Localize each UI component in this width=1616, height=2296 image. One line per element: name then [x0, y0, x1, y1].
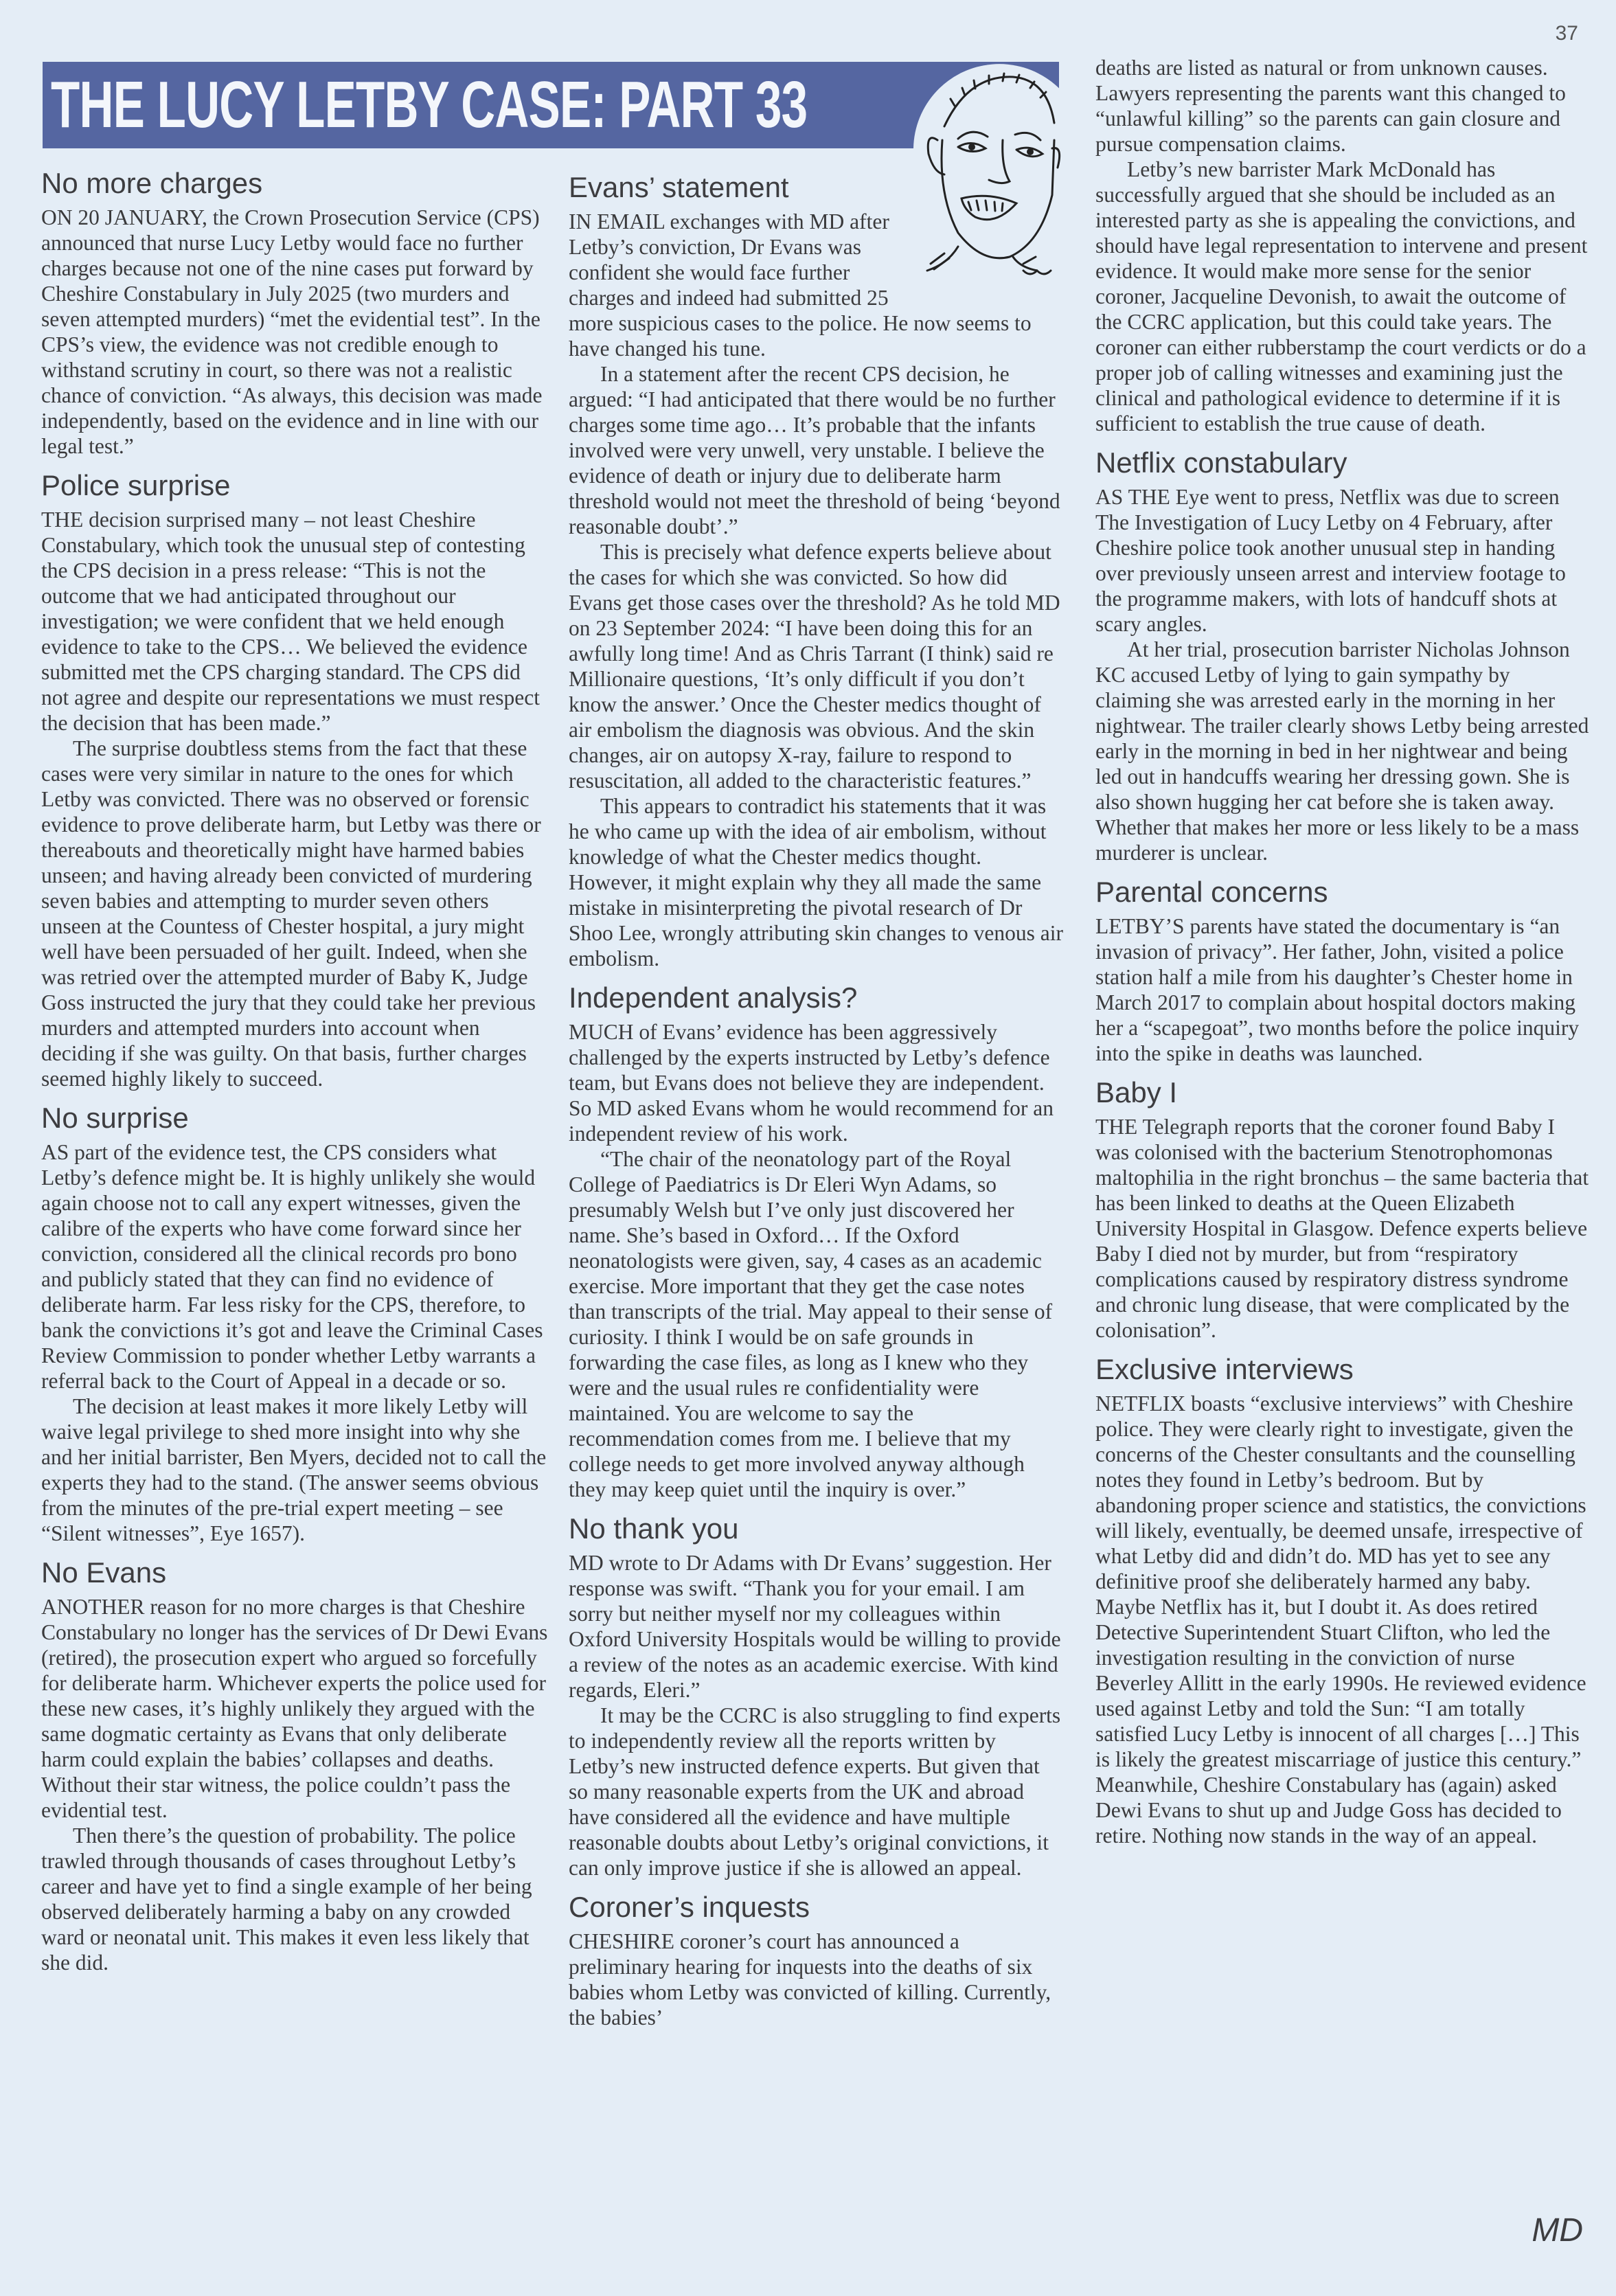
section-heading: Exclusive interviews — [1095, 1352, 1590, 1387]
section-police-surprise: Police surprise THE decision surprised m… — [41, 468, 553, 1091]
column-2: Evans’ statement IN EMAIL exchanges with… — [569, 170, 1063, 2040]
paragraph: Then there’s the question of probability… — [41, 1823, 553, 1975]
section-baby-i: Baby I THE Telegraph reports that the co… — [1095, 1076, 1590, 1343]
paragraph: “The chair of the neonatology part of th… — [569, 1146, 1063, 1502]
section-heading: Coroner’s inquests — [569, 1890, 1063, 1924]
paragraph: It may be the CCRC is also struggling to… — [569, 1703, 1063, 1880]
section-evans-statement: Evans’ statement IN EMAIL exchanges with… — [569, 170, 1063, 971]
paragraph: deaths are listed as natural or from unk… — [1095, 55, 1590, 157]
paragraph: MUCH of Evans’ evidence has been aggress… — [569, 1019, 1063, 1146]
section-no-more-charges: No more charges ON 20 JANUARY, the Crown… — [41, 166, 553, 459]
author-signoff: MD — [1532, 2212, 1583, 2249]
paragraph: The decision at least makes it more like… — [41, 1394, 553, 1546]
paragraph: This appears to contradict his statement… — [569, 793, 1063, 971]
illustration-wrap-space — [919, 170, 1063, 287]
paragraph: ANOTHER reason for no more charges is th… — [41, 1594, 553, 1823]
paragraph: In a statement after the recent CPS deci… — [569, 361, 1063, 539]
paragraph: THE Telegraph reports that the coroner f… — [1095, 1114, 1590, 1343]
paragraph: MD wrote to Dr Adams with Dr Evans’ sugg… — [569, 1550, 1063, 1703]
section-parental-concerns: Parental concerns LETBY’S parents have s… — [1095, 875, 1590, 1066]
page-number: 37 — [1556, 22, 1578, 45]
section-heading: Baby I — [1095, 1076, 1590, 1110]
section-heading: No surprise — [41, 1101, 553, 1135]
section-heading: No Evans — [41, 1556, 553, 1590]
section-exclusive-interviews: Exclusive interviews NETFLIX boasts “exc… — [1095, 1352, 1590, 1848]
paragraph: Letby’s new barrister Mark McDonald has … — [1095, 157, 1590, 436]
section-coroners-inquests-continued: deaths are listed as natural or from unk… — [1095, 55, 1590, 436]
section-heading: Parental concerns — [1095, 875, 1590, 909]
section-heading: Independent analysis? — [569, 981, 1063, 1015]
section-heading: Netflix constabulary — [1095, 446, 1590, 480]
section-no-evans: No Evans ANOTHER reason for no more char… — [41, 1556, 553, 1975]
paragraph: AS THE Eye went to press, Netflix was du… — [1095, 484, 1590, 637]
paragraph: THE decision surprised many – not least … — [41, 507, 553, 736]
paragraph: CHESHIRE coroner’s court has announced a… — [569, 1929, 1063, 2030]
section-independent-analysis: Independent analysis? MUCH of Evans’ evi… — [569, 981, 1063, 1502]
paragraph: This is precisely what defence experts b… — [569, 539, 1063, 793]
paragraph: The surprise doubtless stems from the fa… — [41, 736, 553, 1091]
section-heading: Police surprise — [41, 468, 553, 503]
paragraph: At her trial, prosecution barrister Nich… — [1095, 637, 1590, 865]
paragraph: AS part of the evidence test, the CPS co… — [41, 1139, 553, 1394]
section-heading: No more charges — [41, 166, 553, 201]
section-no-thank-you: No thank you MD wrote to Dr Adams with D… — [569, 1512, 1063, 1880]
paragraph: ON 20 JANUARY, the Crown Prosecution Ser… — [41, 205, 553, 459]
section-heading: No thank you — [569, 1512, 1063, 1546]
column-3: deaths are listed as natural or from unk… — [1095, 55, 1590, 1858]
paragraph: LETBY’S parents have stated the document… — [1095, 913, 1590, 1066]
article-title: THE LUCY LETBY CASE: PART 33 — [51, 62, 807, 148]
section-coroners-inquests: Coroner’s inquests CHESHIRE coroner’s co… — [569, 1890, 1063, 2030]
column-1: No more charges ON 20 JANUARY, the Crown… — [41, 166, 553, 1985]
paragraph: NETFLIX boasts “exclusive interviews” wi… — [1095, 1391, 1590, 1848]
section-netflix-constabulary: Netflix constabulary AS THE Eye went to … — [1095, 446, 1590, 865]
section-no-surprise: No surprise AS part of the evidence test… — [41, 1101, 553, 1546]
